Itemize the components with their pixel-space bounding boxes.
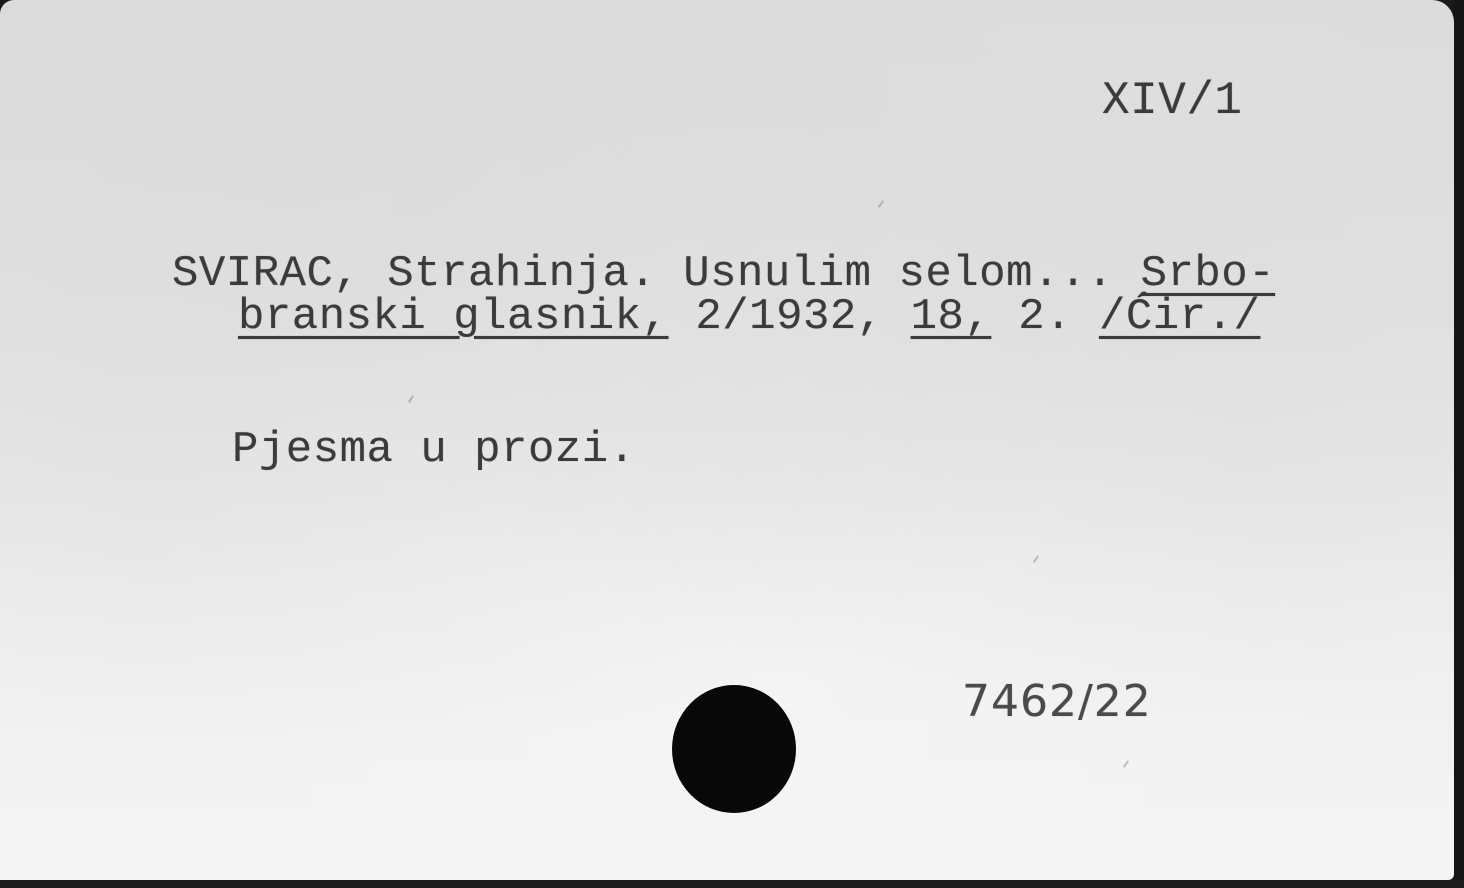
scan-background-bottom [0, 880, 1464, 888]
script-note: /Ćir./ [1099, 292, 1260, 342]
entry-line-1: SVIRAC, Strahinja. Usnulim selom... Srbo… [172, 252, 1275, 296]
accession-number: 7462/22 [962, 680, 1152, 724]
paper-speck [408, 395, 414, 403]
entry-line-2: branski glasnik, 2/1932, 18, 2. /Ćir./ [238, 295, 1260, 339]
paper-speck [1123, 760, 1129, 768]
journal-name-part2: branski glasnik, [238, 292, 668, 342]
scan-background-right [1454, 0, 1464, 888]
issue: 2/1932, [695, 292, 883, 342]
page: 2. [1018, 292, 1072, 342]
catalog-card: XIV/1 SVIRAC, Strahinja. Usnulim selom..… [0, 0, 1454, 880]
punch-hole [672, 685, 796, 813]
paper-speck [878, 200, 884, 208]
paper-speck [1033, 555, 1039, 563]
note: Pjesma u prozi. [232, 428, 636, 472]
call-number: XIV/1 [1102, 78, 1243, 124]
volume: 18, [911, 292, 992, 342]
